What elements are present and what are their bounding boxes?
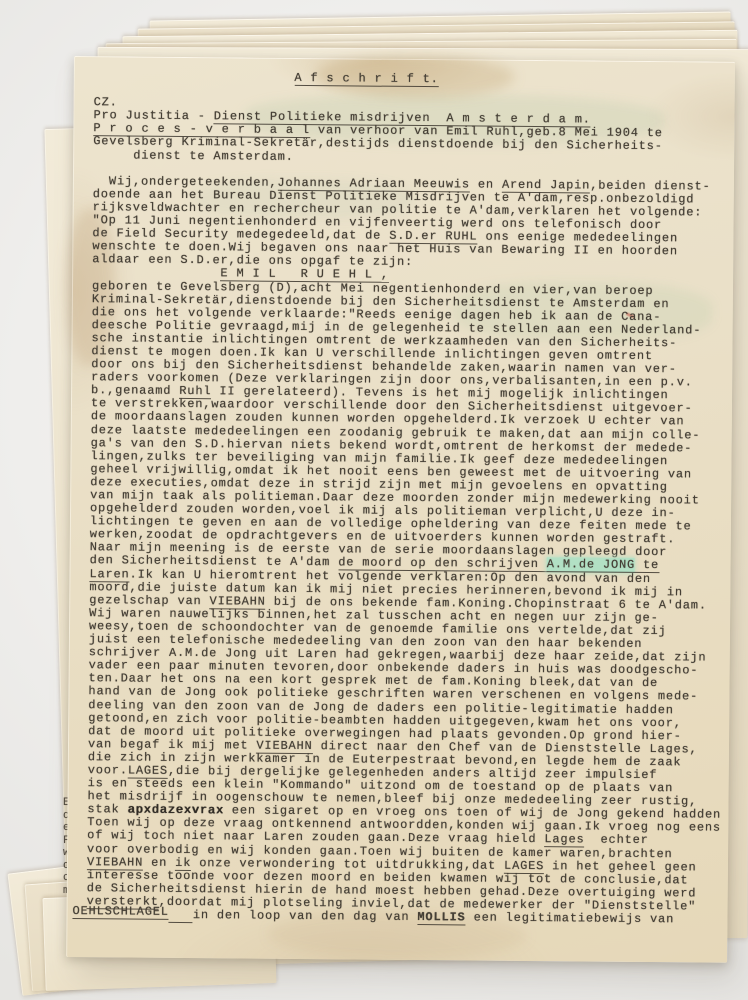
photo-background: EdeFwdom A f s c h r i f t. CZ.Pro Justi… — [0, 0, 748, 1000]
document-page: A f s c h r i f t. CZ.Pro Justitia - Die… — [66, 56, 735, 963]
typewritten-text: A f s c h r i f t. CZ.Pro Justitia - Die… — [86, 70, 732, 927]
paper-stack: EdeFwdom A f s c h r i f t. CZ.Pro Justi… — [0, 0, 748, 1000]
